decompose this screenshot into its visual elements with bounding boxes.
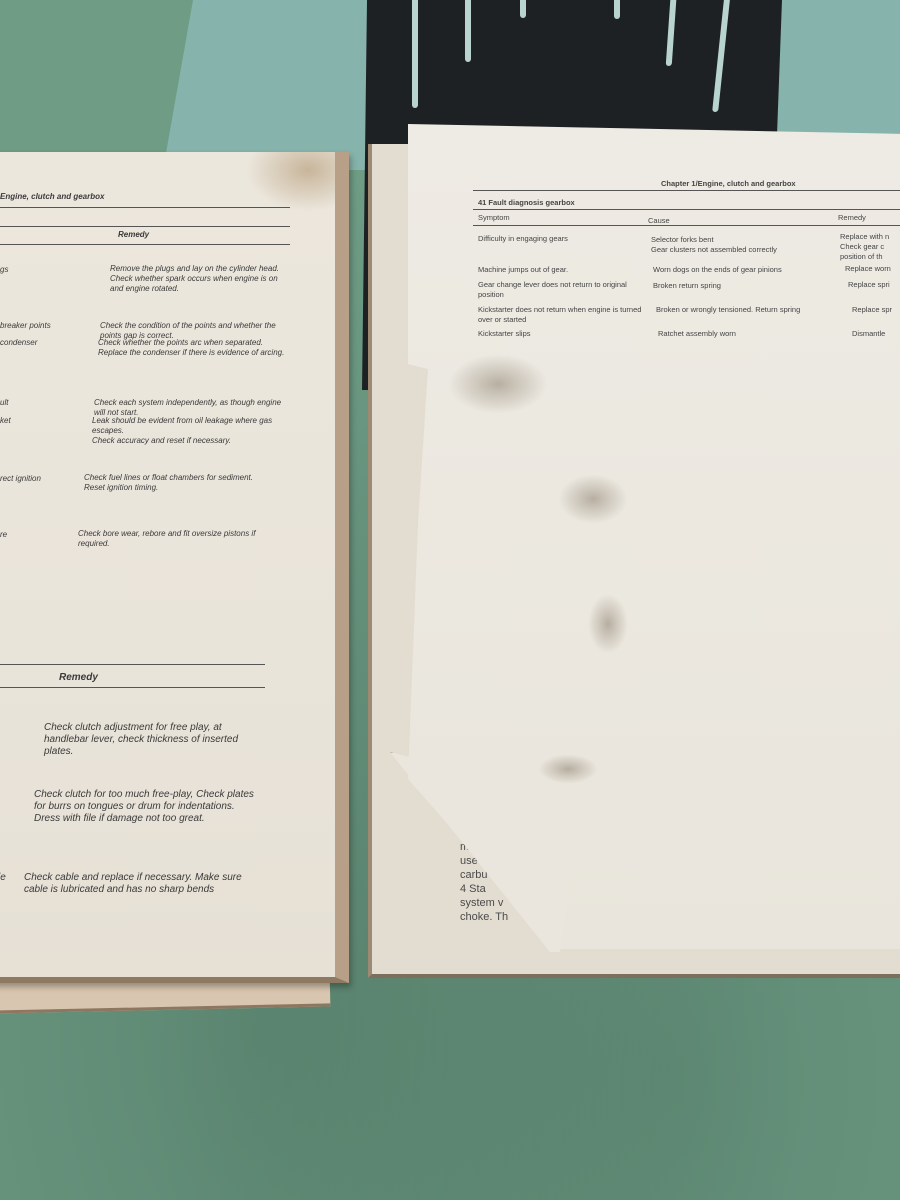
stand-slot: [412, 0, 418, 108]
rule: [0, 207, 290, 208]
remedy-cell: Check fuel lines or float chambers for s…: [84, 473, 284, 493]
remedy-cell: Replace worn: [845, 264, 900, 274]
remedy-cell: Check cable and replace if necessary. Ma…: [24, 872, 264, 896]
left-page: Engine, clutch and gearbox Remedy gs Rem…: [0, 152, 349, 983]
page-stain: [588, 594, 628, 654]
text-line: system v: [460, 896, 508, 910]
rule: [473, 225, 900, 226]
rule: [473, 190, 900, 191]
remedy-cell: Replace with n Check gear c position of …: [840, 232, 900, 262]
symptom-cell: Kickstarter slips: [478, 329, 643, 339]
symptom-cell: Machine jumps out of gear.: [478, 265, 638, 275]
page-stain: [558, 474, 628, 524]
remedy-cell: Check each system independently, as thou…: [94, 398, 284, 418]
cause-cell: Worn dogs on the ends of gear pinions: [653, 265, 833, 275]
stand-slot: [465, 0, 471, 62]
remedy-cell: Check bore wear, rebore and fit oversize…: [78, 529, 283, 549]
rule: [0, 687, 265, 688]
rule: [0, 244, 290, 245]
remedy-cell: Leak should be evident from oil leakage …: [92, 416, 284, 446]
stand-slot: [614, 0, 620, 19]
stand-slot: [520, 0, 526, 18]
symptom-cell: rect ignition: [0, 474, 41, 484]
rule: [0, 664, 265, 665]
left-table2-remedy-header: Remedy: [59, 672, 98, 684]
section-title: 41 Fault diagnosis gearbox: [478, 198, 575, 208]
symptom-cell: ket: [0, 416, 11, 426]
text-line: choke. Th: [460, 910, 508, 924]
cause-cell: Selector forks bent Gear clusters not as…: [651, 235, 831, 255]
left-booklet: Engine, clutch and gearbox Remedy gs Rem…: [0, 152, 365, 1010]
rule: [473, 209, 900, 210]
page-stain: [448, 354, 548, 414]
remedy-cell: Remove the plugs and lay on the cylinder…: [110, 264, 285, 294]
remedy-cell: Replace spr: [852, 305, 900, 315]
cause-cell: Broken or wrongly tensioned. Return spri…: [656, 305, 816, 315]
remedy-cell: Check clutch adjustment for free play, a…: [44, 722, 264, 758]
symptom-cell: breaker points: [0, 321, 51, 331]
remedy-cell: Dismantle: [852, 329, 900, 339]
remedy-cell: Check whether the points arc when separa…: [98, 338, 285, 358]
column-header-symptom: Symptom: [478, 213, 510, 223]
page-stain: [538, 754, 598, 784]
symptom-cell: gs: [0, 265, 8, 275]
remedy-cell: Replace spri: [848, 280, 900, 290]
rule: [0, 226, 290, 227]
symptom-cell: le: [0, 872, 6, 884]
right-booklet: Chapter 1/Engine, clutch and gearbox 41 …: [368, 124, 900, 979]
cause-cell: Ratchet assembly worn: [658, 329, 818, 339]
column-header-remedy: Remedy: [838, 213, 866, 223]
symptom-cell: Kickstarter does not return when engine …: [478, 305, 643, 325]
symptom-cell: ult: [0, 398, 8, 408]
symptom-cell: Difficulty in engaging gears: [478, 234, 638, 244]
left-running-header: Engine, clutch and gearbox: [0, 192, 104, 202]
page-stain: [245, 152, 335, 212]
symptom-cell: re: [0, 530, 7, 540]
symptom-cell: Gear change lever does not return to ori…: [478, 280, 643, 300]
cause-cell: Broken return spring: [653, 281, 833, 291]
remedy-cell: Check clutch for too much free-play, Che…: [34, 789, 262, 825]
left-table1-remedy-header: Remedy: [118, 230, 149, 240]
symptom-cell: condenser: [0, 338, 37, 348]
right-running-header: Chapter 1/Engine, clutch and gearbox: [661, 179, 796, 189]
